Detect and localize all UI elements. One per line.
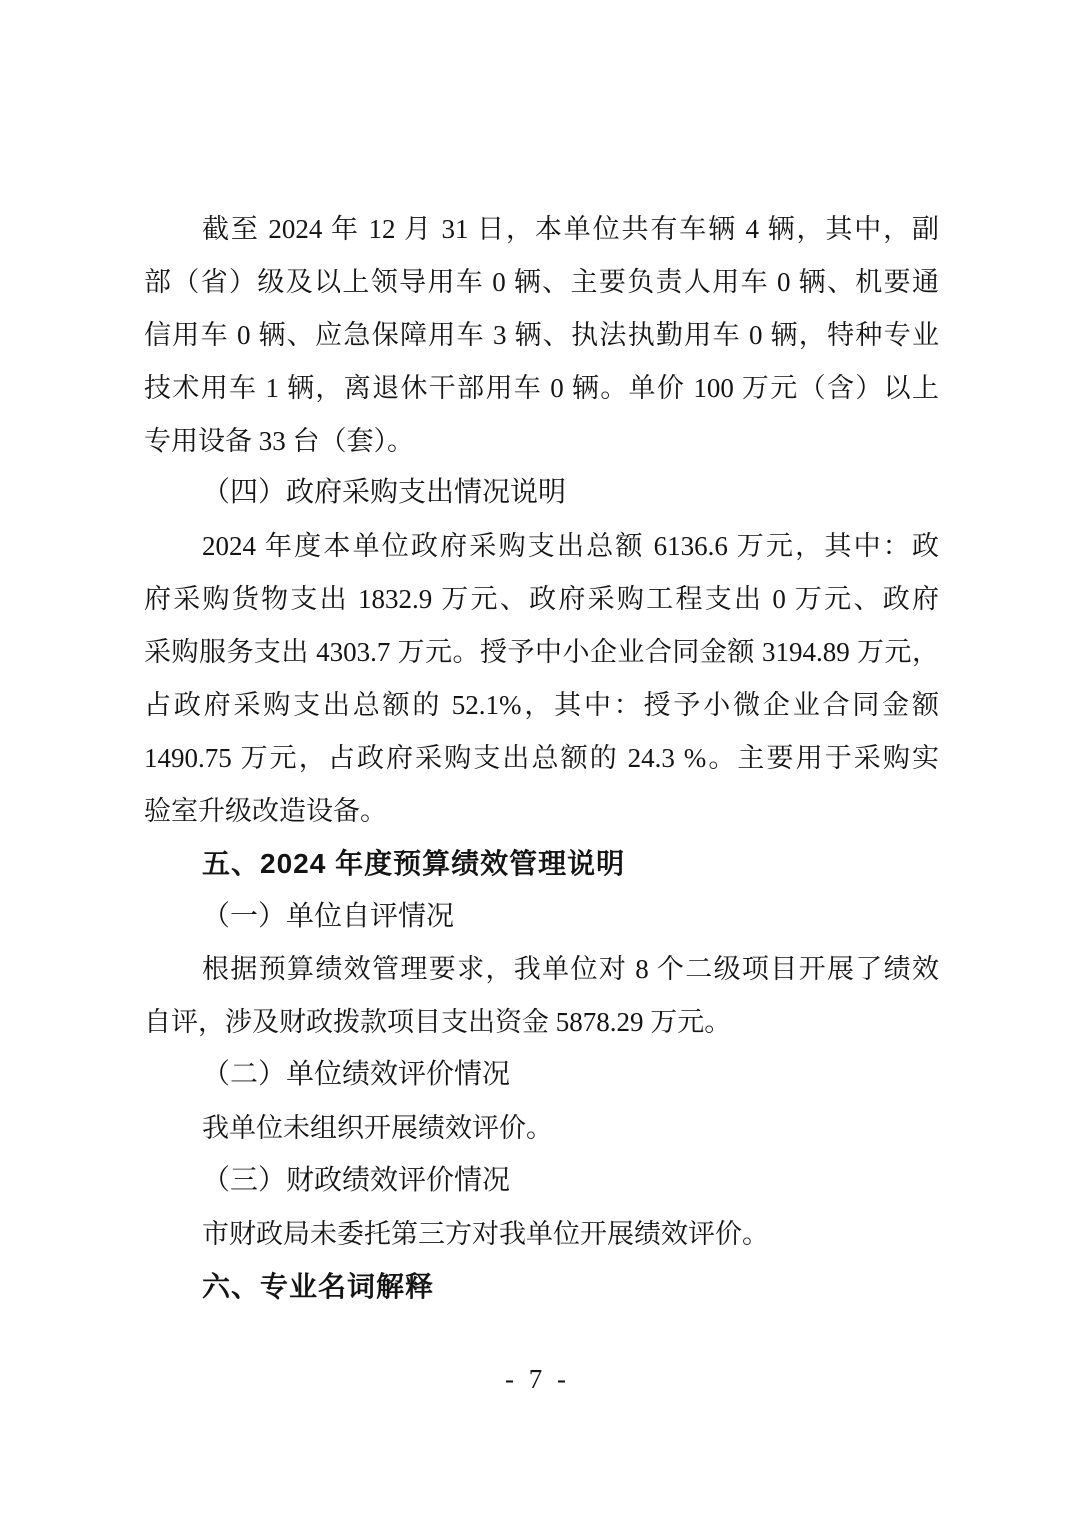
body-text-line: 验室升级改造设备。 bbox=[144, 785, 939, 838]
body-text-line: 1490.75 万元，占政府采购支出总额的 24.3 %。主要用于采购实 bbox=[144, 732, 939, 785]
section-heading: 六、专业名词解释 bbox=[144, 1261, 939, 1314]
body-text-line: 专用设备 33 台（套）。 bbox=[144, 415, 939, 468]
body-text-line: 部（省）级及以上领导用车 0 辆、主要负责人用车 0 辆、机要通 bbox=[144, 256, 939, 309]
body-text-line: 市财政局未委托第三方对我单位开展绩效评价。 bbox=[144, 1208, 939, 1261]
body-text-line: 自评，涉及财政拨款项目支出资金 5878.29 万元。 bbox=[144, 996, 939, 1049]
body-text-line: 府采购货物支出 1832.9 万元、政府采购工程支出 0 万元、政府 bbox=[144, 573, 939, 626]
body-text-line: 2024 年度本单位政府采购支出总额 6136.6 万元，其中：政 bbox=[144, 520, 939, 573]
subsection-heading: （二）单位绩效评价情况 bbox=[144, 1049, 939, 1102]
body-text-line: 技术用车 1 辆，离退休干部用车 0 辆。单价 100 万元（含）以上 bbox=[144, 362, 939, 415]
section-heading: 五、2024 年度预算绩效管理说明 bbox=[144, 838, 939, 891]
body-text-line: 占政府采购支出总额的 52.1%，其中：授予小微企业合同金额 bbox=[144, 679, 939, 732]
document-body: 截至 2024 年 12 月 31 日，本单位共有车辆 4 辆，其中，副部（省）… bbox=[144, 203, 939, 1314]
body-text-line: 信用车 0 辆、应急保障用车 3 辆、执法执勤用车 0 辆，特种专业 bbox=[144, 309, 939, 362]
page-number: - 7 - bbox=[0, 1364, 1075, 1395]
body-text-line: 我单位未组织开展绩效评价。 bbox=[144, 1102, 939, 1155]
body-text-line: 根据预算绩效管理要求，我单位对 8 个二级项目开展了绩效 bbox=[144, 943, 939, 996]
subsection-heading: （四）政府采购支出情况说明 bbox=[144, 467, 939, 520]
body-text-line: 采购服务支出 4303.7 万元。授予中小企业合同金额 3194.89 万元， bbox=[144, 626, 939, 679]
subsection-heading: （三）财政绩效评价情况 bbox=[144, 1155, 939, 1208]
document-page: 截至 2024 年 12 月 31 日，本单位共有车辆 4 辆，其中，副部（省）… bbox=[0, 0, 1075, 1520]
body-text-line: 截至 2024 年 12 月 31 日，本单位共有车辆 4 辆，其中，副 bbox=[144, 203, 939, 256]
subsection-heading: （一）单位自评情况 bbox=[144, 891, 939, 944]
